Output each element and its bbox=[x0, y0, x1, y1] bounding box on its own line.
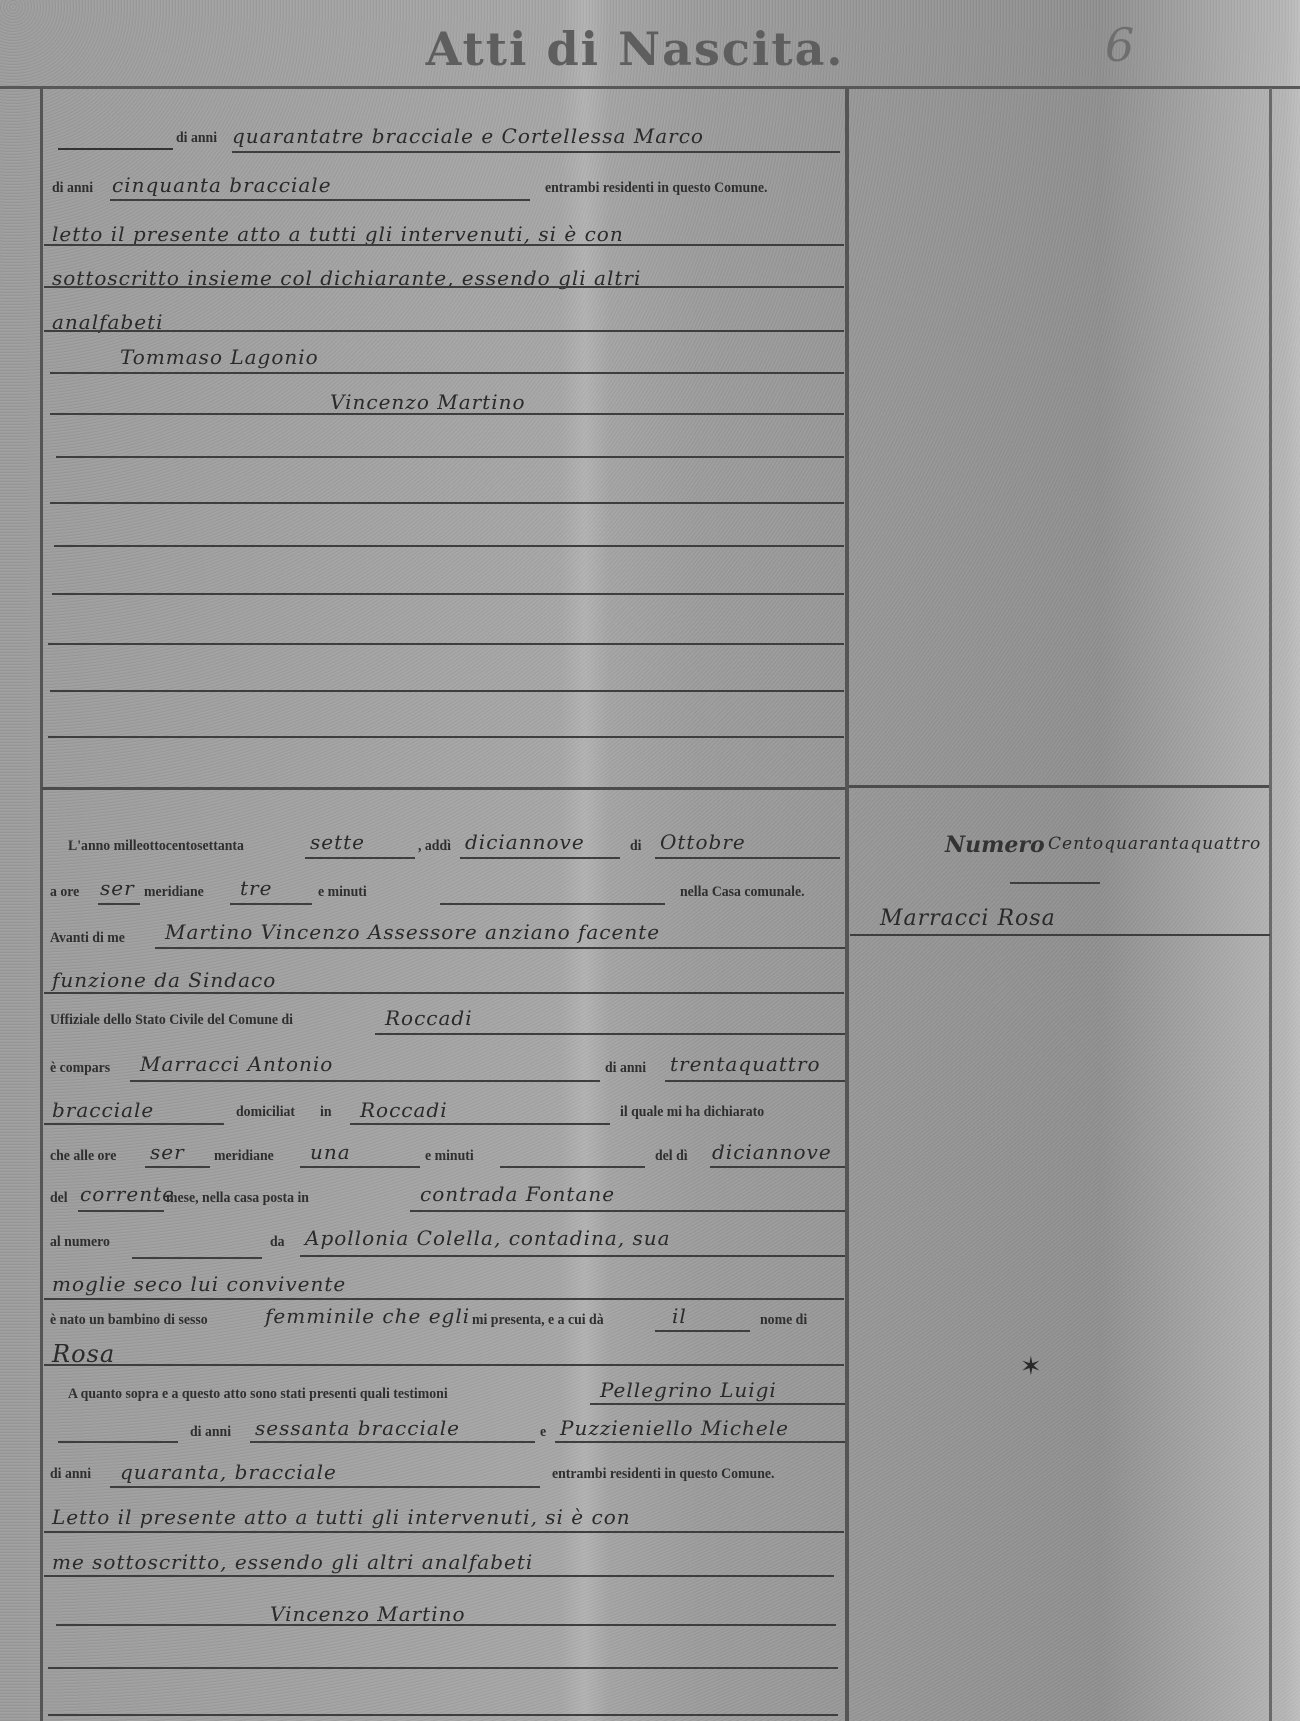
printed-label: nella Casa comunale. bbox=[680, 884, 805, 901]
rule-line bbox=[50, 372, 844, 374]
handwritten-entry: cinquanta bracciale bbox=[112, 173, 332, 197]
printed-label: Avanti di me bbox=[50, 930, 125, 947]
rule-line bbox=[44, 1123, 224, 1125]
blank-number-field bbox=[132, 1257, 262, 1259]
rule-line bbox=[44, 244, 844, 246]
handwritten-act-number: Centoquarantaquattro bbox=[1048, 834, 1261, 854]
rule-line bbox=[710, 1166, 845, 1168]
rule-line bbox=[232, 151, 840, 153]
rule-line bbox=[48, 643, 844, 645]
rule-line bbox=[375, 1033, 845, 1035]
printed-label: del dì bbox=[655, 1148, 688, 1165]
rule-line bbox=[590, 1403, 845, 1405]
ink-blot: ✶ bbox=[1020, 1352, 1042, 1382]
rule-line bbox=[460, 857, 620, 859]
rule-line bbox=[48, 1714, 838, 1716]
rule-line bbox=[50, 413, 844, 415]
handwritten-day: diciannove bbox=[712, 1140, 832, 1164]
printed-label: al numero bbox=[50, 1234, 110, 1251]
handwritten-entry: il bbox=[672, 1304, 687, 1328]
handwritten-hour: tre bbox=[240, 876, 272, 900]
blank-minutes-field bbox=[500, 1166, 645, 1168]
rule-line bbox=[98, 903, 140, 905]
printed-label: e bbox=[540, 1424, 546, 1441]
printed-label: e minuti bbox=[318, 884, 367, 901]
handwritten-hour: una bbox=[310, 1140, 351, 1164]
handwritten-entry: ser bbox=[150, 1140, 185, 1164]
rule-line bbox=[54, 545, 844, 547]
rule-line bbox=[44, 1531, 844, 1533]
rule-line bbox=[300, 1255, 845, 1257]
handwritten-entry: ser bbox=[100, 876, 135, 900]
scanned-page: Atti di Nascita. 6 di anni quarantatre b… bbox=[0, 0, 1300, 1721]
handwritten-entry: moglie seco lui convivente bbox=[52, 1272, 346, 1296]
flourish-line bbox=[1010, 882, 1100, 884]
rule-line bbox=[655, 1330, 750, 1332]
handwritten-entry: Letto il presente atto a tutti gli inter… bbox=[52, 1505, 631, 1529]
handwritten-witness-2: Puzzieniello Michele bbox=[560, 1416, 789, 1440]
printed-label: di anni bbox=[50, 1466, 91, 1483]
printed-label: Uffiziale dello Stato Civile del Comune … bbox=[50, 1012, 293, 1029]
printed-label: entrambi residenti in questo Comune. bbox=[552, 1466, 774, 1483]
printed-label: è compars bbox=[50, 1060, 110, 1077]
rule-line bbox=[56, 456, 844, 458]
rule-line bbox=[56, 1624, 836, 1626]
signature: Vincenzo Martino bbox=[270, 1602, 466, 1626]
rule-line bbox=[44, 992, 844, 994]
rule-line bbox=[44, 1298, 844, 1300]
printed-label: mi presenta, e a cui dà bbox=[472, 1312, 604, 1329]
printed-label: di anni bbox=[605, 1060, 646, 1077]
handwritten-age: trentaquattro bbox=[670, 1052, 821, 1076]
rule-line bbox=[44, 1575, 834, 1577]
rule-line bbox=[350, 1123, 610, 1125]
rule-line bbox=[555, 1441, 845, 1443]
printed-label: mese, nella casa posta in bbox=[166, 1190, 309, 1207]
column-divider bbox=[845, 88, 849, 1721]
rule-line bbox=[305, 857, 415, 859]
handwritten-day: diciannove bbox=[465, 830, 585, 854]
rule-line bbox=[50, 690, 844, 692]
act-divider-right bbox=[849, 785, 1269, 788]
handwritten-witness-1-age: sessanta bracciale bbox=[255, 1416, 460, 1440]
printed-label: L'anno milleottocentosettanta bbox=[68, 838, 244, 855]
printed-label: meridiane bbox=[214, 1148, 274, 1165]
handwritten-comune: Roccadi bbox=[385, 1006, 473, 1030]
frame-top-border bbox=[0, 86, 1300, 89]
handwritten-profession: bracciale bbox=[52, 1098, 154, 1122]
printed-label: di bbox=[630, 838, 642, 855]
printed-label: in bbox=[320, 1104, 332, 1121]
handwritten-month: Ottobre bbox=[660, 830, 746, 854]
printed-label: che alle ore bbox=[50, 1148, 116, 1165]
rule-line bbox=[850, 934, 1270, 936]
blank-field bbox=[58, 148, 173, 150]
act-divider-left bbox=[42, 787, 845, 790]
blank-minutes-field bbox=[440, 903, 665, 905]
handwritten-witness-1: Pellegrino Luigi bbox=[600, 1378, 777, 1402]
blank-field bbox=[58, 1441, 178, 1443]
printed-label: è nato un bambino di sesso bbox=[50, 1312, 208, 1329]
printed-label: di anni bbox=[176, 130, 217, 147]
printed-label: nome di bbox=[760, 1312, 807, 1329]
handwritten-address: contrada Fontane bbox=[420, 1182, 615, 1206]
rule-line bbox=[250, 1441, 535, 1443]
document-title: Atti di Nascita. bbox=[410, 22, 860, 76]
rule-line bbox=[78, 1210, 164, 1212]
frame-left-border bbox=[40, 88, 43, 1721]
handwritten-entry: letto il presente atto a tutti gli inter… bbox=[52, 222, 624, 246]
handwritten-entry: me sottoscritto, essendo gli altri analf… bbox=[52, 1550, 533, 1574]
printed-label: e minuti bbox=[425, 1148, 474, 1165]
rule-line bbox=[44, 286, 844, 288]
handwritten-witness-2-age: quaranta, bracciale bbox=[120, 1460, 337, 1484]
signature: Vincenzo Martino bbox=[330, 390, 526, 414]
printed-label: di anni bbox=[190, 1424, 231, 1441]
rule-line bbox=[110, 1486, 540, 1488]
handwritten-declarant: Marracci Antonio bbox=[140, 1052, 333, 1076]
printed-label: del bbox=[50, 1190, 68, 1207]
frame-right-border bbox=[1269, 88, 1272, 1721]
handwritten-officer: Martino Vincenzo Assessore anziano facen… bbox=[165, 920, 660, 944]
rule-line bbox=[44, 1364, 844, 1366]
numero-label: Numero bbox=[945, 832, 1045, 858]
rule-line bbox=[300, 1166, 420, 1168]
handwritten-year: sette bbox=[310, 830, 365, 854]
signature: Tommaso Lagonio bbox=[120, 345, 319, 369]
printed-label: , addì bbox=[418, 838, 451, 855]
rule-line bbox=[655, 857, 840, 859]
rule-line bbox=[110, 199, 530, 201]
printed-label: A quanto sopra e a questo atto sono stat… bbox=[68, 1386, 448, 1403]
rule-line bbox=[665, 1080, 845, 1082]
printed-label: da bbox=[270, 1234, 285, 1251]
rule-line bbox=[410, 1210, 845, 1212]
rule-line bbox=[48, 736, 844, 738]
rule-line bbox=[230, 903, 312, 905]
handwritten-mother: Apollonia Colella, contadina, sua bbox=[305, 1226, 671, 1250]
handwritten-entry: funzione da Sindaco bbox=[52, 968, 276, 992]
printed-label: di anni bbox=[52, 180, 93, 197]
handwritten-entry: corrente bbox=[80, 1182, 175, 1206]
printed-label: il quale mi ha dichiarato bbox=[620, 1104, 764, 1121]
rule-line bbox=[50, 502, 844, 504]
rule-line bbox=[48, 1667, 838, 1669]
rule-line bbox=[130, 1080, 600, 1082]
handwritten-sex: femminile che egli bbox=[265, 1304, 470, 1328]
printed-label: a ore bbox=[50, 884, 79, 901]
rule-line bbox=[155, 947, 845, 949]
handwritten-entry: quarantatre bracciale e Cortellessa Marc… bbox=[232, 124, 704, 148]
printed-label: entrambi residenti in questo Comune. bbox=[545, 180, 767, 197]
printed-label: meridiane bbox=[144, 884, 204, 901]
printed-label: domiciliat bbox=[236, 1104, 295, 1121]
rule-line bbox=[52, 593, 844, 595]
page-number: 6 bbox=[1105, 18, 1134, 72]
rule-line bbox=[145, 1166, 210, 1168]
handwritten-domicile: Roccadi bbox=[360, 1098, 448, 1122]
rule-line bbox=[44, 330, 844, 332]
handwritten-margin-name: Marracci Rosa bbox=[880, 906, 1056, 931]
